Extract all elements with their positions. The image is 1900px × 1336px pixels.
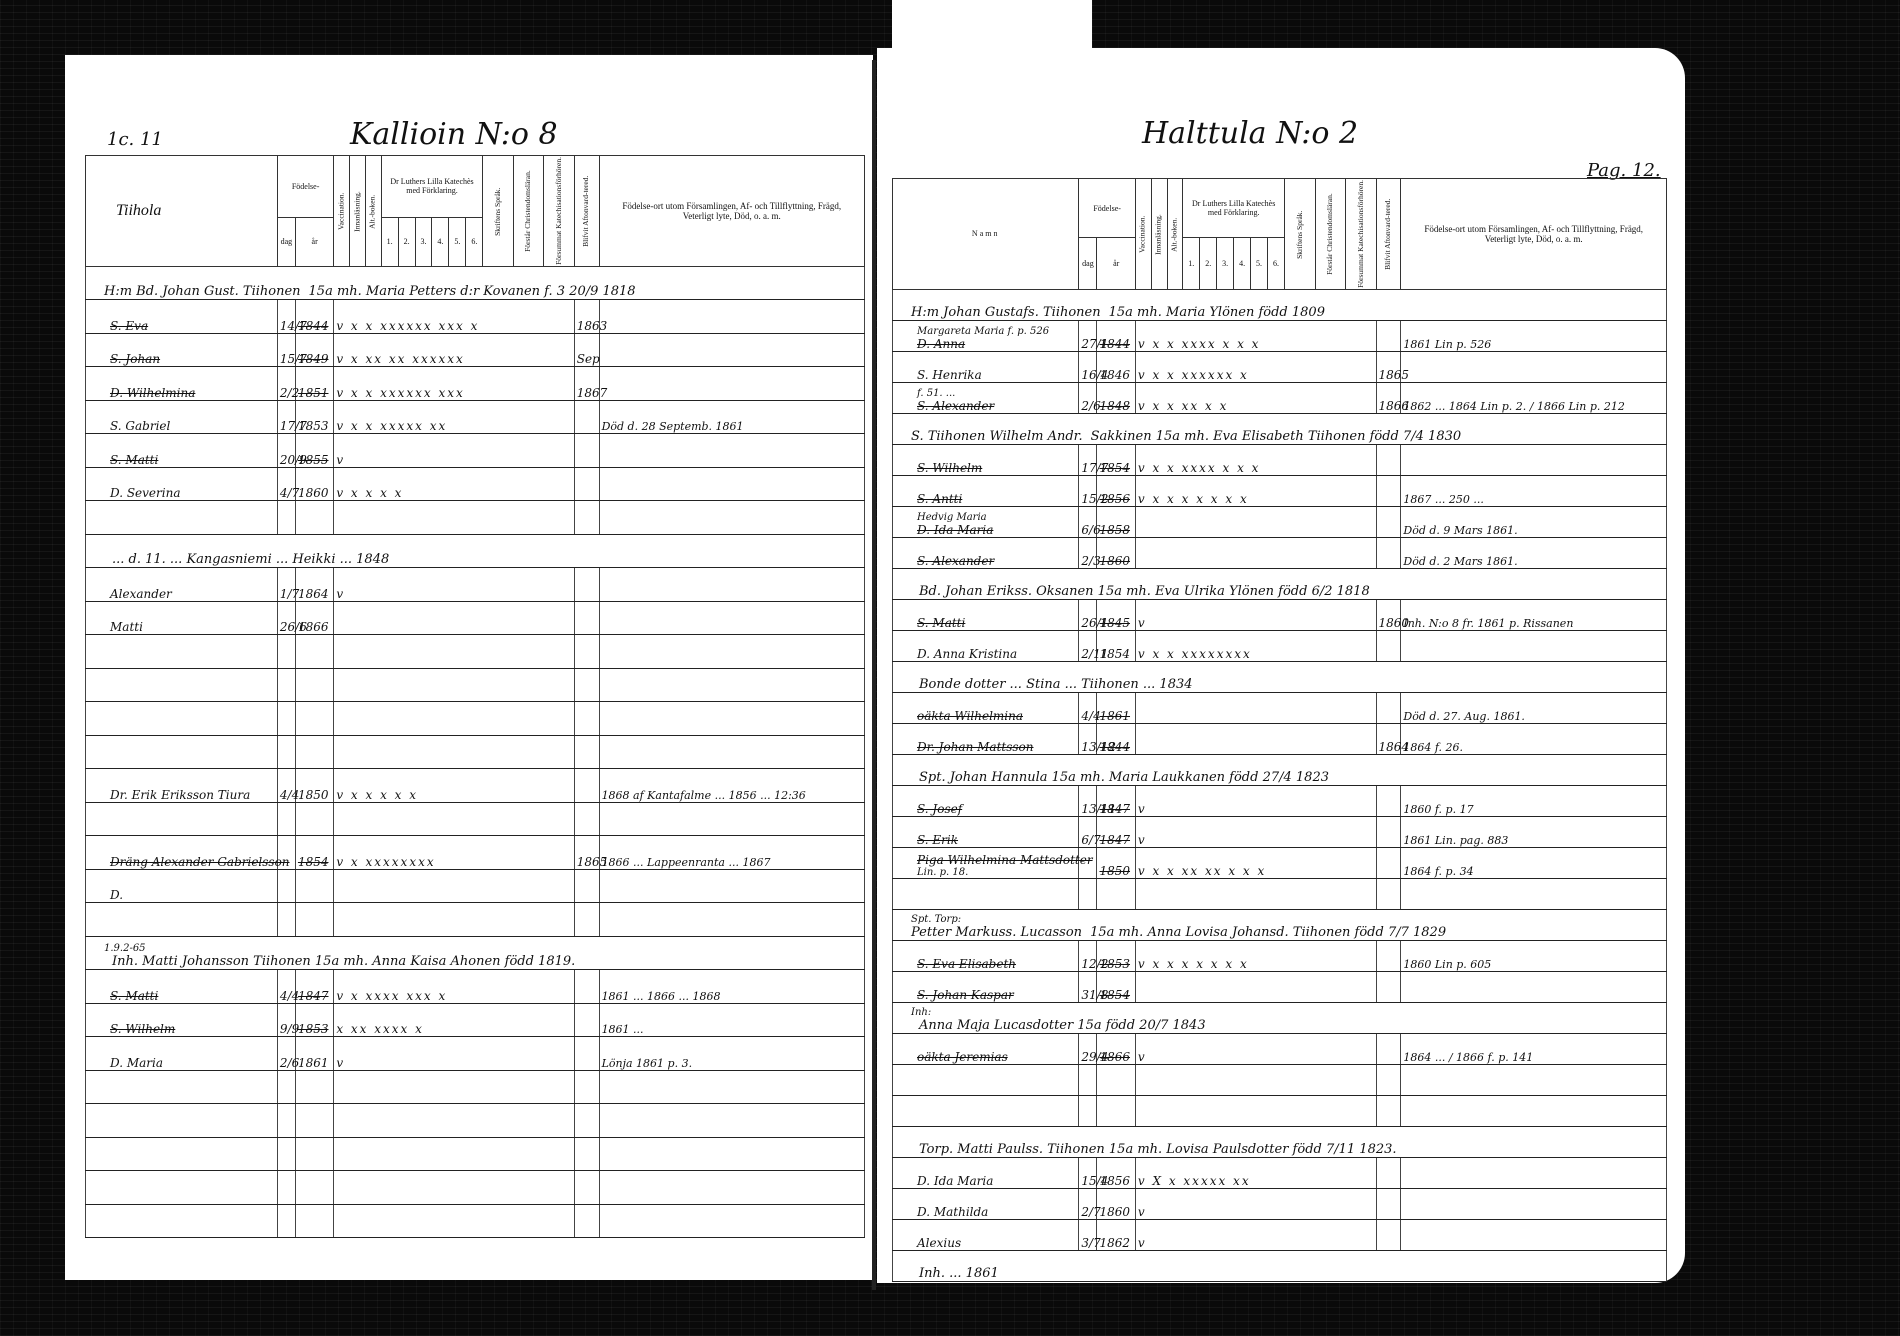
remarks (599, 903, 864, 937)
catechism-marks (334, 1137, 574, 1171)
catechism-marks (1135, 506, 1376, 537)
birth-year: 1864 (295, 568, 333, 602)
birth-day (1079, 1095, 1097, 1126)
name-column-header: Namn (893, 179, 1079, 290)
person-name-cell (86, 1104, 278, 1138)
person-name: oäkta Jeremias (917, 1050, 1008, 1064)
remarks: 1860 Lin p. 605 (1401, 940, 1667, 971)
birth-day: 20/9 (277, 434, 295, 468)
person-name-cell (86, 702, 278, 736)
communion-year (1376, 847, 1401, 878)
missed-column-header: Försummat Katechisationsförhören. (1346, 179, 1377, 290)
catechism-part-4: 4. (432, 217, 449, 266)
birth-year (295, 1104, 333, 1138)
birth-year (295, 501, 333, 535)
register-row: Alexius3/71862v (893, 1219, 1667, 1250)
annotation-note: Lin. p. 18. (917, 867, 1076, 878)
register-row: oäkta Wilhelmina4/41861Död d. 27. Aug. 1… (893, 692, 1667, 723)
person-name: Dr. Johan Mattsson (917, 740, 1033, 754)
remarks (1401, 971, 1667, 1002)
remarks (599, 668, 864, 702)
household-head-entry: Torp. Matti Paulss. Tiihonen 15a mh. Lov… (893, 1126, 1667, 1157)
person-name-cell: D. Mathilda (893, 1188, 1079, 1219)
person-name: S. Alexander (917, 554, 994, 568)
catechism-marks: v x x x x (334, 467, 574, 501)
register-row: S. Matti26/11845v1860Inh. N:o 8 fr. 1861… (893, 599, 1667, 630)
annotation-note: f. 51. ... (917, 388, 1076, 399)
communion-year: 1860 (1376, 599, 1401, 630)
person-name: S. Eva (110, 319, 148, 333)
catechism-marks: x xx xxxx x (334, 1003, 574, 1037)
person-name: S. Alexander (917, 399, 994, 413)
person-name-cell: D. Maria (86, 1037, 278, 1071)
catechism-marks (334, 869, 574, 903)
catechism-marks (334, 601, 574, 635)
remarks: 1860 f. p. 17 (1401, 785, 1667, 816)
person-name: S. Henrika (917, 368, 982, 382)
register-row (86, 903, 865, 937)
catechism-marks: v (334, 434, 574, 468)
remarks: Inh. N:o 8 fr. 1861 p. Rissanen (1401, 599, 1667, 630)
communion-year (1376, 630, 1401, 661)
register-row: oäkta Jeremias29/41866v1864 ... / 1866 f… (893, 1033, 1667, 1064)
catechism-marks (334, 501, 574, 535)
doctrine-column-header: Förstår Christendomsläran. (513, 156, 543, 267)
birth-year: 1854 (1097, 630, 1135, 661)
birth-column-header: Födelse- (1079, 179, 1135, 238)
communion-year (1376, 816, 1401, 847)
birth-day: 17/7 (277, 400, 295, 434)
person-name-cell: D. Wilhelmina (86, 367, 278, 401)
birth-year: 1855 (295, 434, 333, 468)
person-name-cell: Dr. Erik Eriksson Tiura (86, 769, 278, 803)
register-row: Torp. Matti Paulss. Tiihonen 15a mh. Lov… (893, 1126, 1667, 1157)
register-row (86, 1104, 865, 1138)
birth-day: 26/6 (277, 601, 295, 635)
communion-year (574, 434, 599, 468)
right-village-title: Halttula N:o 2 (1142, 116, 1358, 151)
catechism-part-3: 3. (1217, 238, 1234, 290)
register-row: f. 51. ...S. Alexander2/61848v x x xx x … (893, 382, 1667, 413)
person-name-cell (86, 668, 278, 702)
household-head-entry: Spt. Torp:Petter Markuss. Lucasson15a mh… (893, 909, 1667, 940)
birth-year: 1854 (295, 836, 333, 870)
register-row: D. Anna Kristina2/111854v x x xxxxxxxx (893, 630, 1667, 661)
person-name-cell: S. Erik (893, 816, 1079, 847)
catechism-marks: v (1135, 1219, 1376, 1250)
catechism-part-1: 1. (1183, 238, 1200, 290)
communion-year (574, 601, 599, 635)
catechism-part-2: 2. (1200, 238, 1217, 290)
left-page-marker: 1c. 11 (107, 129, 163, 150)
birth-year: 1853 (295, 400, 333, 434)
catechism-marks: v x xxxxxxxx (334, 836, 574, 870)
remarks (599, 802, 864, 836)
communion-year: 1863 (574, 300, 599, 334)
remarks: 1862 ... 1864 Lin p. 2. / 1866 Lin p. 21… (1401, 382, 1667, 413)
person-name-cell (893, 1064, 1079, 1095)
catechism-marks: v x x x x x x x (1135, 475, 1376, 506)
register-row: S. Tiihonen Wilhelm Andr.Sakkinen 15a mh… (893, 413, 1667, 444)
remarks: 1866 ... Lappeenranta ... 1867 (599, 836, 864, 870)
birth-column-header: Födelse- (277, 156, 333, 218)
register-row: S. Wilhelm17/71854v x x xxxx x x x (893, 444, 1667, 475)
communion-year (574, 903, 599, 937)
communion-year (574, 1137, 599, 1171)
name-column-header: Tiihola (86, 156, 278, 267)
person-name-cell: oäkta Wilhelmina (893, 692, 1079, 723)
register-row: H:m Johan Gustafs. Tiihonen15a mh. Maria… (893, 289, 1667, 320)
right-register-table: Namn Födelse- Vaccination. Innanläsning.… (892, 178, 1667, 1282)
register-row: Matti26/61866 (86, 601, 865, 635)
head-name: S. Tiihonen Wilhelm Andr. (911, 429, 1083, 444)
birth-year: 1844 (1097, 320, 1135, 351)
birth-day: 6/7 (1079, 816, 1097, 847)
catechism-part-5: 5. (449, 217, 466, 266)
person-name-cell: Piga Wilhelmina MattsdotterLin. p. 18. (893, 847, 1079, 878)
birth-year (295, 735, 333, 769)
communion-year (1376, 1064, 1401, 1095)
communion-year (574, 635, 599, 669)
birth-year: 1847 (1097, 785, 1135, 816)
register-row: S. Antti15/21856v x x x x x x x1867 ... … (893, 475, 1667, 506)
register-row (86, 802, 865, 836)
register-row: Spt. Torp:Petter Markuss. Lucasson15a mh… (893, 909, 1667, 940)
register-row (86, 501, 865, 535)
communion-year (574, 1204, 599, 1238)
remarks (599, 300, 864, 334)
communion-year: 1867 (574, 367, 599, 401)
head-details: Bd. Johan Erikss. Oksanen 15a mh. Eva Ul… (919, 584, 1370, 599)
person-name: D. Maria (110, 1056, 163, 1070)
birth-year: 1850 (1097, 847, 1135, 878)
communion-year (1376, 940, 1401, 971)
birth-year (295, 1137, 333, 1171)
communion-year (574, 802, 599, 836)
birth-day (277, 1137, 295, 1171)
birth-year (1097, 1095, 1135, 1126)
birth-day-header: dag (277, 217, 295, 266)
communion-year (574, 501, 599, 535)
left-page: 1c. 11 Kallioin N:o 8 Tiihola Födelse- V… (65, 55, 873, 1280)
remarks (599, 601, 864, 635)
communion-year (1376, 785, 1401, 816)
person-name-cell (86, 1070, 278, 1104)
remarks: 1864 ... / 1866 f. p. 141 (1401, 1033, 1667, 1064)
birth-day: 6/6 (1079, 506, 1097, 537)
birth-day: 15/2 (1079, 475, 1097, 506)
remarks (599, 1070, 864, 1104)
catechism-marks: v x x xxxxx xx (334, 400, 574, 434)
person-name-cell (893, 1095, 1079, 1126)
catechism-marks: v (1135, 599, 1376, 630)
person-name: oäkta Wilhelmina (917, 709, 1023, 723)
catechism-marks: v x x xx x x (1135, 382, 1376, 413)
register-row: S. Wilhelm9/91853x xx xxxx x1861 ... (86, 1003, 865, 1037)
birth-day: 31/8 (1079, 971, 1097, 1002)
birth-year: 1848 (1097, 382, 1135, 413)
catechism-marks: v x x x x x x x (1135, 940, 1376, 971)
birth-year: 1854 (1097, 971, 1135, 1002)
birth-day (277, 668, 295, 702)
register-row (86, 735, 865, 769)
register-row (86, 1137, 865, 1171)
remarks (599, 1137, 864, 1171)
person-name: S. Gabriel (110, 419, 170, 433)
catechism-marks: v X x xxxxx xx (1135, 1157, 1376, 1188)
person-name-cell (86, 635, 278, 669)
register-row: Alexander1/71864v (86, 568, 865, 602)
birth-year: 1846 (1097, 351, 1135, 382)
person-name-cell: Hedvig MariaD. Ida Maria (893, 506, 1079, 537)
catechism-marks (1135, 1095, 1376, 1126)
birth-year (295, 802, 333, 836)
catechism-marks: v x x xx xx x x x (1135, 847, 1376, 878)
birth-day (277, 869, 295, 903)
remarks (599, 333, 864, 367)
head-details: Anna Maja Lucasdotter 15a född 20/7 1843 (919, 1018, 1206, 1033)
birth-year: 1866 (1097, 1033, 1135, 1064)
register-row (893, 1064, 1667, 1095)
annotation-note: 1.9.2-65 (104, 943, 862, 954)
communion-year (1376, 444, 1401, 475)
birth-day: 4/4 (1079, 692, 1097, 723)
catechism-part-6: 6. (466, 217, 483, 266)
remarks (1401, 1188, 1667, 1219)
person-name-cell: D. (86, 869, 278, 903)
annotation-note: Inh: (911, 1007, 1664, 1018)
head-details: 15a mh. Maria Petters d:r Kovanen f. 3 2… (309, 284, 636, 299)
birth-day: 9/9 (277, 1003, 295, 1037)
scripture-column-header: Skriftens Språk. (483, 156, 513, 267)
remarks (1401, 444, 1667, 475)
person-name: D. Ida Maria (917, 523, 993, 537)
birth-day: 13/11 (1079, 785, 1097, 816)
remarks (599, 1104, 864, 1138)
catechism-marks: v (1135, 785, 1376, 816)
household-head-entry: ... d. 11. ... Kangasniemi ... Heikki ..… (86, 534, 865, 568)
person-name-cell: S. Wilhelm (86, 1003, 278, 1037)
birth-day (1079, 878, 1097, 909)
reading-column-header: Innanläsning. (350, 156, 366, 267)
remarks: Död d. 9 Mars 1861. (1401, 506, 1667, 537)
communion-year (1376, 1188, 1401, 1219)
person-name: S. Erik (917, 833, 958, 847)
birth-day: 17/7 (1079, 444, 1097, 475)
birth-day (277, 635, 295, 669)
person-name-cell: S. Antti (893, 475, 1079, 506)
catechism-marks: v x xx xx xxxxxx (334, 333, 574, 367)
communion-year: 1866 (1376, 382, 1401, 413)
person-name: S. Antti (917, 492, 962, 506)
catechism-marks (1135, 692, 1376, 723)
communion-year (574, 400, 599, 434)
remarks: 1868 af Kantafalme ... 1856 ... 12:36 (599, 769, 864, 803)
communion-year (1376, 1157, 1401, 1188)
remarks: 1864 f. 26. (1401, 723, 1667, 754)
catechism-part-4: 4. (1234, 238, 1251, 290)
register-row: Inh:Anna Maja Lucasdotter 15a född 20/7 … (893, 1002, 1667, 1033)
person-name-cell: S. Alexander (893, 537, 1079, 568)
remarks (599, 568, 864, 602)
head-details: 15a mh. Anna Lovisa Johansd. Tiihonen fö… (1090, 925, 1446, 940)
register-row: Dr. Johan Mattsson13/12184418641864 f. 2… (893, 723, 1667, 754)
person-name: D. Anna (917, 337, 965, 351)
missed-column-header: Försummat Katechisationsförhören. (544, 156, 574, 267)
person-name-cell: Dräng Alexander Gabrielsson (86, 836, 278, 870)
communion-year: 1865 (574, 836, 599, 870)
household-head-entry: S. Tiihonen Wilhelm Andr.Sakkinen 15a mh… (893, 413, 1667, 444)
head-details: Sakkinen 15a mh. Eva Elisabeth Tiihonen … (1091, 429, 1462, 444)
person-name-cell (86, 1171, 278, 1205)
remarks (1401, 878, 1667, 909)
communion-year (574, 970, 599, 1004)
altar-column-header: Alt.-boken. (365, 156, 381, 267)
person-name: S. Johan (110, 352, 160, 366)
person-name-cell: Dr. Johan Mattsson (893, 723, 1079, 754)
communion-year (1376, 320, 1401, 351)
communion-column-header: Blifvit Aftonvard-tered. (574, 156, 599, 267)
left-village-title: Kallioin N:o 8 (350, 117, 558, 152)
communion-year (1376, 971, 1401, 1002)
remarks: Död d. 27. Aug. 1861. (1401, 692, 1667, 723)
register-row (86, 1204, 865, 1238)
person-name: D. (110, 888, 123, 902)
person-name-cell: S. Gabriel (86, 400, 278, 434)
remarks: 1864 f. p. 34 (1401, 847, 1667, 878)
communion-year (574, 1104, 599, 1138)
remarks: 1861 Lin p. 526 (1401, 320, 1667, 351)
catechism-marks: v (334, 1037, 574, 1071)
register-row (86, 668, 865, 702)
birth-day: 27/1 (1079, 320, 1097, 351)
communion-year (574, 568, 599, 602)
communion-year (574, 769, 599, 803)
birth-day: 2/7 (1079, 1188, 1097, 1219)
catechism-marks (1135, 537, 1376, 568)
person-name-cell: Matti (86, 601, 278, 635)
household-head-entry: Spt. Johan Hannula 15a mh. Maria Laukkan… (893, 754, 1667, 785)
register-row: S. Alexander2/31860Död d. 2 Mars 1861. (893, 537, 1667, 568)
reading-column-header: Innanläsning. (1151, 179, 1167, 290)
person-name-cell: S. Josef (893, 785, 1079, 816)
communion-year (1376, 878, 1401, 909)
communion-year (574, 467, 599, 501)
birth-year: 1860 (295, 467, 333, 501)
birth-year: 1861 (1097, 692, 1135, 723)
register-row (86, 1171, 865, 1205)
person-name-cell: oäkta Jeremias (893, 1033, 1079, 1064)
communion-year: Sep (574, 333, 599, 367)
person-name-cell: S. Johan Kaspar (893, 971, 1079, 1002)
catechism-marks: v (1135, 816, 1376, 847)
remarks (599, 702, 864, 736)
birth-year (1097, 878, 1135, 909)
catechism-marks: v x x xxxxxx xxx (334, 367, 574, 401)
birth-day: 4/4 (277, 769, 295, 803)
catechism-column-header: Dr Luthers Lilla Katechès med Förklaring… (1183, 179, 1285, 238)
left-register-table: Tiihola Födelse- Vaccination. Innanläsni… (85, 155, 865, 1238)
birth-year: 1861 (295, 1037, 333, 1071)
remarks (1401, 351, 1667, 382)
catechism-marks (1135, 878, 1376, 909)
catechism-marks: v x xxxx xxx x (334, 970, 574, 1004)
scripture-column-header: Skriftens Språk. (1285, 179, 1316, 290)
right-page: Halttula N:o 2 Pag. 12. Namn Födelse- Va… (877, 48, 1685, 1283)
person-name: S. Eva Elisabeth (917, 957, 1016, 971)
birth-day: 14/7 (277, 300, 295, 334)
person-name: D. Wilhelmina (110, 386, 195, 400)
person-name: S. Johan Kaspar (917, 988, 1014, 1002)
catechism-marks: v (1135, 1188, 1376, 1219)
birth-day: 3/7 (1079, 1219, 1097, 1250)
birth-day: 2/6 (277, 1037, 295, 1071)
birth-year (295, 1070, 333, 1104)
remarks: 1861 Lin. pag. 883 (1401, 816, 1667, 847)
head-name: Petter Markuss. Lucasson (911, 925, 1082, 940)
register-row: Dr. Erik Eriksson Tiura4/41850v x x x x … (86, 769, 865, 803)
register-row: D. (86, 869, 865, 903)
register-row (86, 635, 865, 669)
altar-column-header: Alt.-boken. (1167, 179, 1183, 290)
birth-day: 2/3 (1079, 537, 1097, 568)
household-head-entry: Inh:Anna Maja Lucasdotter 15a född 20/7 … (893, 1002, 1667, 1033)
vaccination-column-header: Vaccination. (334, 156, 350, 267)
household-head-entry: H:m Bd. Johan Gust. Tiihonen15a mh. Mari… (86, 266, 865, 300)
birth-year (295, 869, 333, 903)
head-details: Bonde dotter ... Stina ... Tiihonen ... … (919, 677, 1193, 692)
communion-year (574, 1003, 599, 1037)
person-name-cell (86, 903, 278, 937)
remarks (1401, 1157, 1667, 1188)
household-head-entry: Bd. Johan Erikss. Oksanen 15a mh. Eva Ul… (893, 568, 1667, 599)
person-name: D. Mathilda (917, 1205, 988, 1219)
birth-year: 1851 (295, 367, 333, 401)
remarks: 1867 ... 250 ... (1401, 475, 1667, 506)
communion-year (574, 869, 599, 903)
register-row: Inh. ... 1861 (893, 1250, 1667, 1281)
birth-day-header: dag (1079, 238, 1097, 290)
birth-year: 1849 (295, 333, 333, 367)
birth-year: 1850 (295, 769, 333, 803)
household-head-entry: Inh. ... 1861 (893, 1250, 1667, 1281)
catechism-marks: v x x xxxx x x x (1135, 444, 1376, 475)
person-name: S. Josef (917, 802, 962, 816)
register-row: Piga Wilhelmina MattsdotterLin. p. 18.18… (893, 847, 1667, 878)
head-name: H:m Bd. Johan Gust. Tiihonen (104, 284, 301, 299)
person-name-cell: S. Johan (86, 333, 278, 367)
person-name: S. Matti (110, 989, 158, 1003)
person-name: D. Ida Maria (917, 1174, 993, 1188)
household-head-entry: H:m Johan Gustafs. Tiihonen15a mh. Maria… (893, 289, 1667, 320)
birth-day: 26/1 (1079, 599, 1097, 630)
catechism-marks (334, 903, 574, 937)
communion-year (574, 702, 599, 736)
birth-year-header: år (295, 217, 333, 266)
catechism-part-2: 2. (398, 217, 415, 266)
person-name-cell: D. Severina (86, 467, 278, 501)
remarks (1401, 1095, 1667, 1126)
vaccination-column-header: Vaccination. (1135, 179, 1151, 290)
household-head-entry: Bonde dotter ... Stina ... Tiihonen ... … (893, 661, 1667, 692)
register-row: ... d. 11. ... Kangasniemi ... Heikki ..… (86, 534, 865, 568)
register-row: S. Matti20/91855v (86, 434, 865, 468)
catechism-marks: v x x xxxxxx x (1135, 351, 1376, 382)
register-row: S. Johan15/71849v x xx xx xxxxxxSep (86, 333, 865, 367)
remarks (1401, 1064, 1667, 1095)
register-row (893, 878, 1667, 909)
birth-day (277, 903, 295, 937)
